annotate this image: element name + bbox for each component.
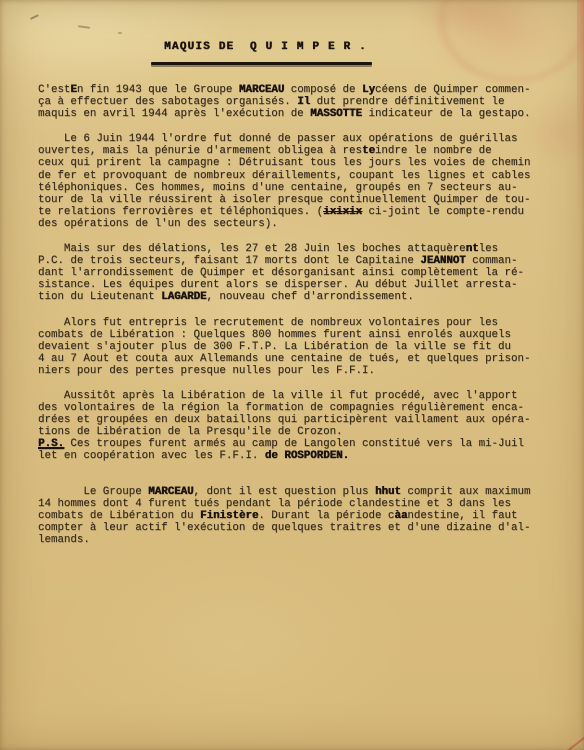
text-segment: 14 hommes dont 4 furent tués pendant la … — [38, 498, 511, 510]
paragraph: Le 6 Juin 1944 l'ordre fut donné de pass… — [38, 133, 552, 230]
text-segment: indre le nombre de — [375, 145, 492, 157]
text-segment: Le 6 Juin 1944 l'ordre fut donné de pass… — [38, 133, 517, 145]
text-segment: , dont il est question plus — [194, 486, 375, 498]
text-segment: nt — [466, 243, 479, 255]
text-line: te relations ferrovières et téléphonique… — [38, 206, 552, 218]
text-line: tions de Libération de la Presqu'ile de … — [38, 426, 552, 438]
text-segment: P.C. de trois secteurs, faisant 17 morts… — [38, 255, 420, 267]
text-line: 14 hommes dont 4 furent tués pendant la … — [38, 498, 552, 510]
text-segment: Alors fut entrepris le recrutement de no… — [38, 317, 498, 329]
text-segment: MASSOTTE — [310, 108, 362, 120]
text-segment: ceux qui prirent la campagne : Détruisan… — [38, 157, 530, 169]
text-segment: let en coopération avec les F.F.I. — [38, 450, 265, 462]
text-segment: àa — [394, 510, 407, 522]
text-line: sistance. Les équipes durent alors se di… — [38, 279, 552, 291]
text-line: ça à effectuer des sabotages organisés. … — [38, 96, 552, 108]
text-line: Mais sur des délations, les 27 et 28 Jui… — [38, 243, 552, 255]
text-line: de fer et provoquant de nombreux déraill… — [38, 170, 552, 182]
text-segment: lemands. — [38, 534, 90, 546]
text-segment: maquis en avril 1944 après l'exécution d… — [38, 108, 310, 120]
text-segment: Ly — [362, 84, 375, 96]
text-segment: Il — [297, 96, 310, 108]
paragraph: Aussitôt après la Libération de la ville… — [38, 390, 552, 463]
right-edge-stain — [577, 0, 584, 230]
text-line: P.S. Ces troupes furent armés au camp de… — [38, 438, 552, 450]
text-segment: comprit aux maximum — [401, 486, 531, 498]
text-segment: 4 au 7 Aout et couta aux Allemands une c… — [38, 353, 530, 365]
text-segment: Finistère — [200, 510, 258, 522]
text-segment: combats de Libération du — [38, 510, 200, 522]
text-segment: dant l'arrondissement de Quimper et déso… — [38, 267, 524, 279]
text-line: compter à leur actif l'exécution de quel… — [38, 522, 552, 534]
text-segment: ci-joint le compte-rendu — [362, 206, 524, 218]
text-segment: n fin 1943 que le Groupe — [77, 84, 239, 96]
text-segment: , nouveau chef d'arrondissement. — [206, 291, 413, 303]
text-line: maquis en avril 1944 après l'exécution d… — [38, 108, 552, 120]
text-line: Le 6 Juin 1944 l'ordre fut donné de pass… — [38, 133, 552, 145]
text-segment: devaient s'ajouter plus de 300 F.T.P. La… — [38, 341, 511, 353]
text-segment: drées et groupées en deux bataillons qui… — [38, 414, 530, 426]
text-line: téléphoniques. Ces hommes, moins d'une c… — [38, 182, 552, 194]
text-segment: comman- — [466, 255, 518, 267]
text-line: let en coopération avec les F.F.I. de RO… — [38, 450, 552, 462]
text-segment: dut prendre définitivement le — [310, 96, 504, 108]
document-title: MAQUIS DE Q U I M P E R . — [164, 41, 367, 53]
text-segment: niers pour des pertes presque nulles pou… — [38, 365, 375, 377]
text-segment: ixixix — [323, 206, 362, 218]
text-segment: Le Groupe — [38, 486, 148, 498]
text-line: drées et groupées en deux bataillons qui… — [38, 414, 552, 426]
text-segment: indicateur de la gestapo. — [362, 108, 530, 120]
text-line: niers pour des pertes presque nulles pou… — [38, 365, 552, 377]
text-segment: ça à effectuer des sabotages organisés. — [38, 96, 297, 108]
text-segment: des opérations de l'un des secteurs). — [38, 218, 278, 230]
text-segment: . Durant la période c — [258, 510, 394, 522]
text-line: 4 au 7 Aout et couta aux Allemands une c… — [38, 353, 552, 365]
text-segment: tion du Lieutenant — [38, 291, 161, 303]
corner-red-mark — [562, 734, 584, 750]
pencil-mark — [78, 25, 90, 29]
text-segment: céens de Quimper commen- — [375, 84, 531, 96]
text-segment: compter à leur actif l'exécution de quel… — [38, 522, 530, 534]
text-segment: Ces troupes furent armés au camp de Lang… — [64, 438, 524, 450]
text-segment: téléphoniques. Ces hommes, moins d'une c… — [38, 182, 517, 194]
text-segment: Mais sur des délations, les 27 et 28 Jui… — [38, 243, 466, 255]
paragraph: Le Groupe MARCEAU, dont il est question … — [38, 486, 552, 546]
paragraph: Alors fut entrepris le recrutement de no… — [38, 317, 552, 377]
text-line: lemands. — [38, 534, 552, 546]
text-segment: te relations ferrovières et téléphonique… — [38, 206, 323, 218]
pencil-mark — [30, 14, 39, 20]
text-segment: MARCEAU — [239, 84, 284, 96]
text-segment: tions de Libération de la Presqu'ile de … — [38, 426, 343, 438]
text-line: dant l'arrondissement de Quimper et déso… — [38, 267, 552, 279]
text-line: Le Groupe MARCEAU, dont il est question … — [38, 486, 552, 498]
text-segment: des volontaires de la région la formatio… — [38, 402, 524, 414]
text-segment: de ROSPORDEN. — [265, 450, 349, 462]
paragraph: C'estEn fin 1943 que le Groupe MARCEAU c… — [38, 84, 552, 120]
text-line: combats de Libération du Finistère. Dura… — [38, 510, 552, 522]
text-line: Aussitôt après la Libération de la ville… — [38, 390, 552, 402]
red-ring-stain — [438, 0, 584, 84]
title-underline-rule — [151, 62, 372, 65]
text-line: ouvertes, mais la pénurie d'armement obl… — [38, 145, 552, 157]
text-segment: JEANNOT — [420, 255, 465, 267]
text-line: devaient s'ajouter plus de 300 F.T.P. La… — [38, 341, 552, 353]
text-segment: sistance. Les équipes durent alors se di… — [38, 279, 517, 291]
pencil-mark — [118, 32, 122, 34]
text-line: C'estEn fin 1943 que le Groupe MARCEAU c… — [38, 84, 552, 96]
text-segment: ndestine, il faut — [407, 510, 517, 522]
text-segment: composé de — [284, 84, 362, 96]
text-segment: hhut — [375, 486, 401, 498]
text-segment: C'est — [38, 84, 70, 96]
text-line: P.C. de trois secteurs, faisant 17 morts… — [38, 255, 552, 267]
document-body: C'estEn fin 1943 que le Groupe MARCEAU c… — [38, 84, 552, 559]
text-line: tour de la ville réussirent à isoler pre… — [38, 194, 552, 206]
paragraph: Mais sur des délations, les 27 et 28 Jui… — [38, 243, 552, 303]
text-line: des opérations de l'un des secteurs). — [38, 218, 552, 230]
text-segment: MARCEAU — [148, 486, 193, 498]
text-line: combats de Libération : Quelques 800 hom… — [38, 329, 552, 341]
text-line: des volontaires de la région la formatio… — [38, 402, 552, 414]
text-line: Alors fut entrepris le recrutement de no… — [38, 317, 552, 329]
text-segment: tour de la ville réussirent à isoler pre… — [38, 194, 530, 206]
scanned-document-page: MAQUIS DE Q U I M P E R . C'estEn fin 19… — [0, 0, 584, 750]
text-segment: combats de Libération : Quelques 800 hom… — [38, 329, 511, 341]
text-line: tion du Lieutenant LAGARDE, nouveau chef… — [38, 291, 552, 303]
text-segment: Aussitôt après la Libération de la ville… — [38, 390, 517, 402]
text-segment: LAGARDE — [161, 291, 206, 303]
text-segment: te — [362, 145, 375, 157]
text-segment: P.S. — [38, 438, 64, 450]
text-segment: ouvertes, mais la pénurie d'armement obl… — [38, 145, 362, 157]
text-segment: de fer et provoquant de nombreux déraill… — [38, 170, 530, 182]
text-line: ceux qui prirent la campagne : Détruisan… — [38, 157, 552, 169]
text-segment: les — [479, 243, 498, 255]
